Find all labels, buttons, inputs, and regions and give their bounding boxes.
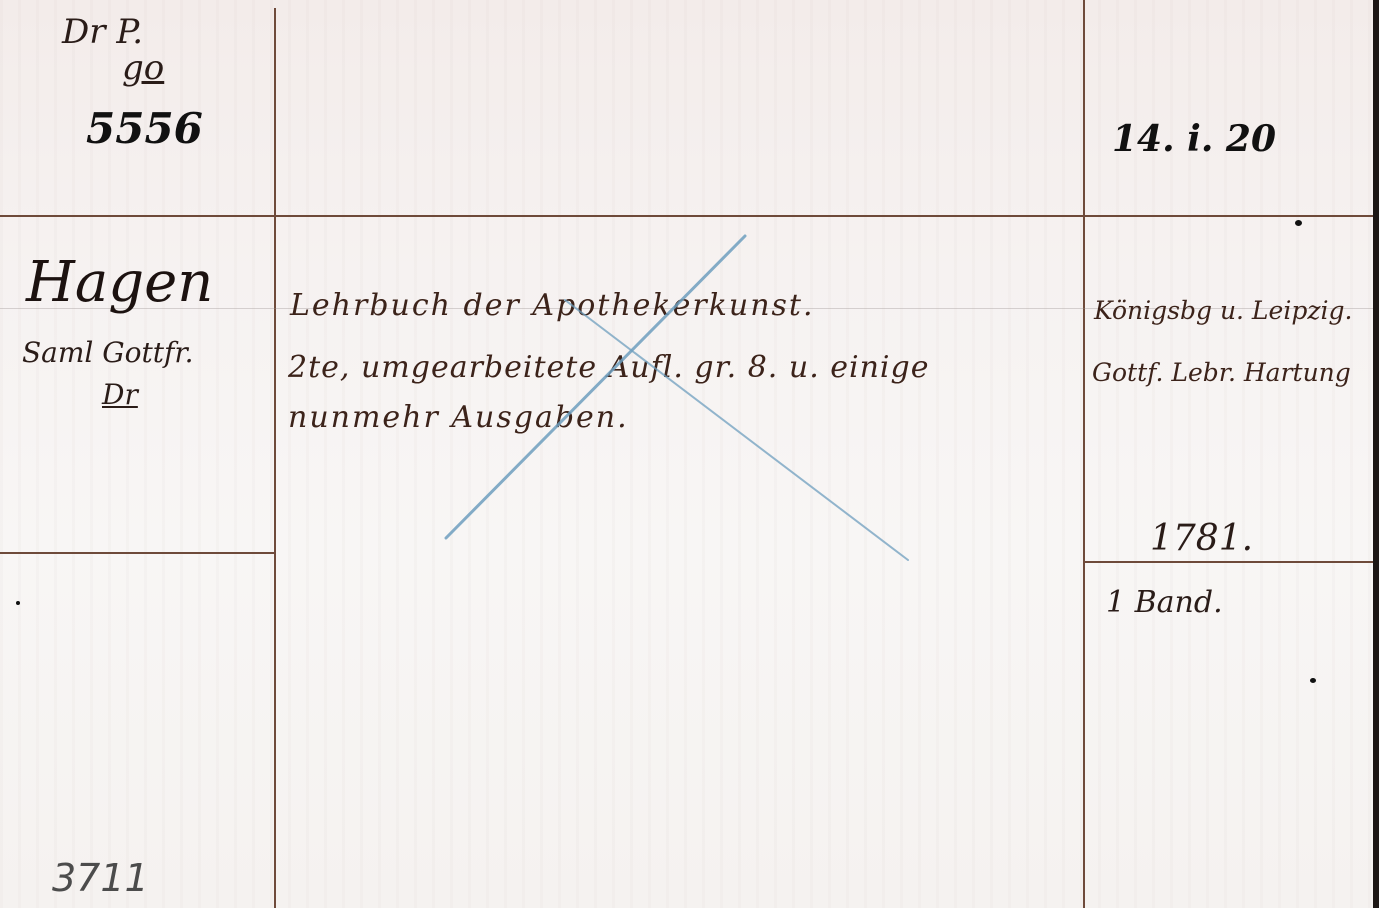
index-card: Dr P. go 5556 Hagen Saml Gottfr. Dr 3711… xyxy=(0,0,1379,908)
ink-blot xyxy=(1295,220,1302,226)
volume-count: 1 Band. xyxy=(1106,585,1223,620)
publisher-name: Gottf. Lebr. Hartung xyxy=(1092,358,1351,387)
ink-speck-right xyxy=(1310,678,1316,683)
publication-year: 1781. xyxy=(1150,518,1253,559)
entry-date: 14. i. 20 xyxy=(1112,118,1276,160)
publisher-place: Königsbg u. Leipzig. xyxy=(1094,296,1352,325)
